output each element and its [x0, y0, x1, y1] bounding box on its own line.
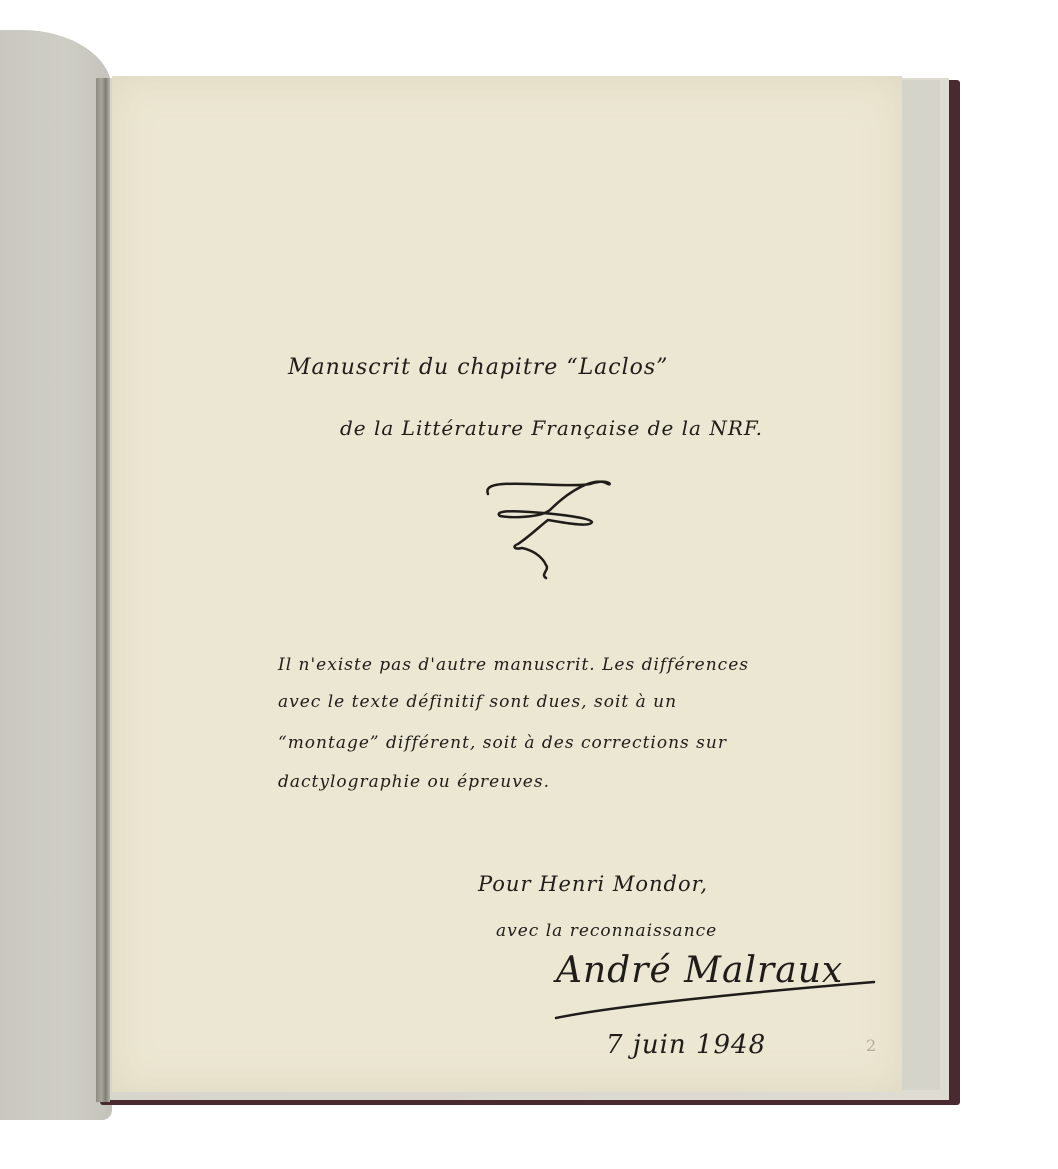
- paragraph-line: avec le texte définitif sont dues, soit …: [278, 692, 677, 712]
- dedication-line-1: Pour Henri Mondor,: [478, 872, 708, 896]
- book-photo: Manuscrit du chapitre “Laclos” de la Lit…: [0, 0, 1058, 1169]
- paragraph-line: Il n'existe pas d'autre manuscrit. Les d…: [278, 655, 749, 675]
- book-gutter: [96, 78, 110, 1102]
- page-number: 2: [866, 1036, 876, 1055]
- page-edge: [900, 80, 940, 1090]
- paragraph-line: dactylographie ou épreuves.: [278, 772, 550, 792]
- paragraph-line: “montage” différent, soit à des correcti…: [278, 733, 727, 753]
- date: 7 juin 1948: [606, 1030, 766, 1060]
- manuscript-title-line-2: de la Littérature Française de la NRF.: [340, 416, 763, 440]
- flourish-icon: [470, 470, 620, 590]
- manuscript-title-line-1: Manuscrit du chapitre “Laclos”: [288, 355, 668, 380]
- dedication-line-2: avec la reconnaissance: [496, 921, 717, 941]
- signature-underline-icon: [552, 978, 882, 1028]
